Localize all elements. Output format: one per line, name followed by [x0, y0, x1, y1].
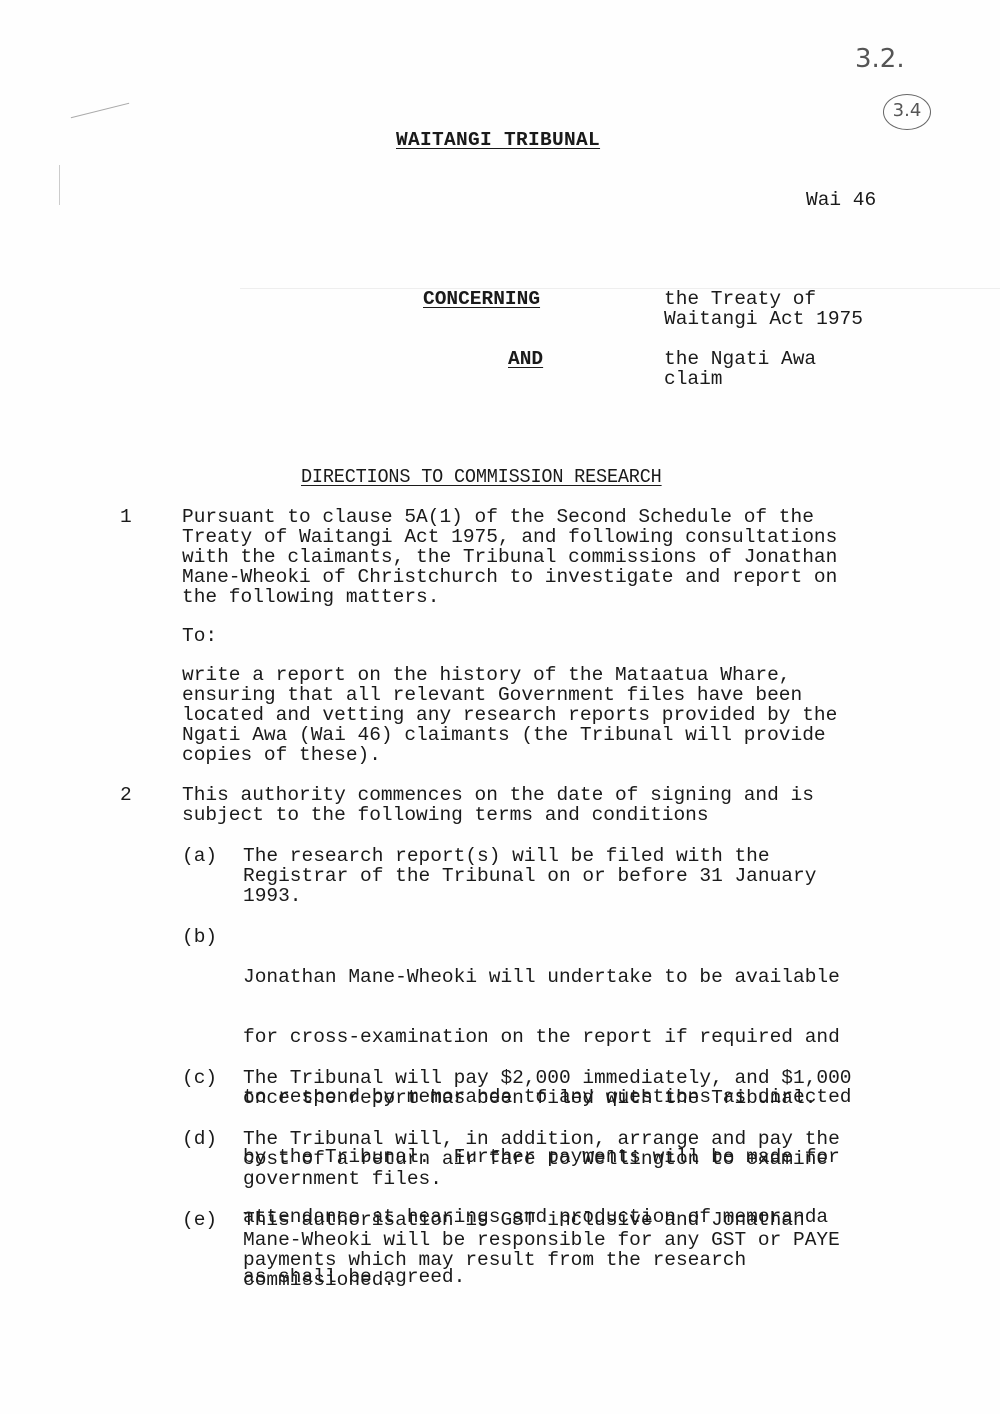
and-label: AND — [508, 349, 543, 369]
condition-d-text: The Tribunal will, in addition, arrange … — [243, 1129, 840, 1189]
concerning-line: the Treaty of — [664, 289, 863, 309]
document-title: DIRECTIONS TO COMMISSION RESEARCH — [301, 467, 662, 487]
section-2-line: subject to the following terms and condi… — [182, 805, 814, 825]
task-line: copies of these). — [182, 745, 837, 765]
condition-line: Mane-Wheoki will be responsible for any … — [243, 1230, 840, 1250]
condition-label-c: (c) — [182, 1068, 217, 1088]
condition-line: commissioned. — [243, 1270, 840, 1290]
scan-artifact-stroke — [71, 103, 129, 118]
section-1-line: Treaty of Waitangi Act 1975, and followi… — [182, 527, 837, 547]
task-line: Ngati Awa (Wai 46) claimants (the Tribun… — [182, 725, 837, 745]
scan-artifact-line — [240, 288, 1000, 289]
case-reference: Wai 46 — [806, 190, 876, 210]
scan-artifact-mark — [59, 165, 60, 205]
section-1-line: the following matters. — [182, 587, 837, 607]
condition-line: cost of a return air fare to Wellington … — [243, 1149, 840, 1169]
to-label: To: — [182, 626, 217, 646]
section-2-body: This authority commences on the date of … — [182, 785, 814, 825]
condition-label-d: (d) — [182, 1129, 217, 1149]
condition-c-text: The Tribunal will pay $2,000 immediately… — [243, 1068, 852, 1108]
handwritten-page-number: 3.2. — [855, 44, 905, 74]
condition-line: The Tribunal will pay $2,000 immediately… — [243, 1068, 852, 1088]
and-line: the Ngati Awa — [664, 349, 816, 369]
condition-line: Jonathan Mane-Wheoki will undertake to b… — [243, 967, 852, 987]
tribunal-title: WAITANGI TRIBUNAL — [396, 130, 600, 150]
section-2-line: This authority commences on the date of … — [182, 785, 814, 805]
handwritten-circled-number: 3.4 — [883, 94, 931, 130]
section-1-body: Pursuant to clause 5A(1) of the Second S… — [182, 507, 837, 607]
task-line: located and vetting any research reports… — [182, 705, 837, 725]
document-page: 3.2. 3.4 WAITANGI TRIBUNAL Wai 46 CONCER… — [0, 0, 1000, 1414]
section-1-line: Mane-Wheoki of Christchurch to investiga… — [182, 567, 837, 587]
task-line: write a report on the history of the Mat… — [182, 665, 837, 685]
condition-e-text: This authorisation is GST inclusive and … — [243, 1210, 840, 1290]
section-number-2: 2 — [120, 785, 132, 805]
task-description: write a report on the history of the Mat… — [182, 665, 837, 765]
circled-number-text: 3.4 — [893, 100, 922, 121]
section-1-line: Pursuant to clause 5A(1) of the Second S… — [182, 507, 837, 527]
and-text: the Ngati Awa claim — [664, 349, 816, 389]
condition-label-e: (e) — [182, 1210, 217, 1230]
condition-line: The research report(s) will be filed wit… — [243, 846, 816, 866]
condition-line: for cross-examination on the report if r… — [243, 1027, 852, 1047]
condition-a-text: The research report(s) will be filed wit… — [243, 846, 816, 906]
section-number-1: 1 — [120, 507, 132, 527]
and-line: claim — [664, 369, 816, 389]
condition-line: The Tribunal will, in addition, arrange … — [243, 1129, 840, 1149]
concerning-text: the Treaty of Waitangi Act 1975 — [664, 289, 863, 329]
condition-line: Registrar of the Tribunal on or before 3… — [243, 866, 816, 886]
condition-label-b: (b) — [182, 927, 217, 947]
condition-line: This authorisation is GST inclusive and … — [243, 1210, 840, 1230]
section-1-line: with the claimants, the Tribunal commiss… — [182, 547, 837, 567]
concerning-line: Waitangi Act 1975 — [664, 309, 863, 329]
condition-label-a: (a) — [182, 846, 217, 866]
condition-line: government files. — [243, 1169, 840, 1189]
condition-line: payments which may result from the resea… — [243, 1250, 840, 1270]
task-line: ensuring that all relevant Government fi… — [182, 685, 837, 705]
concerning-label: CONCERNING — [423, 289, 540, 309]
condition-line: once the report has been filed with the … — [243, 1088, 852, 1108]
condition-line: 1993. — [243, 886, 816, 906]
